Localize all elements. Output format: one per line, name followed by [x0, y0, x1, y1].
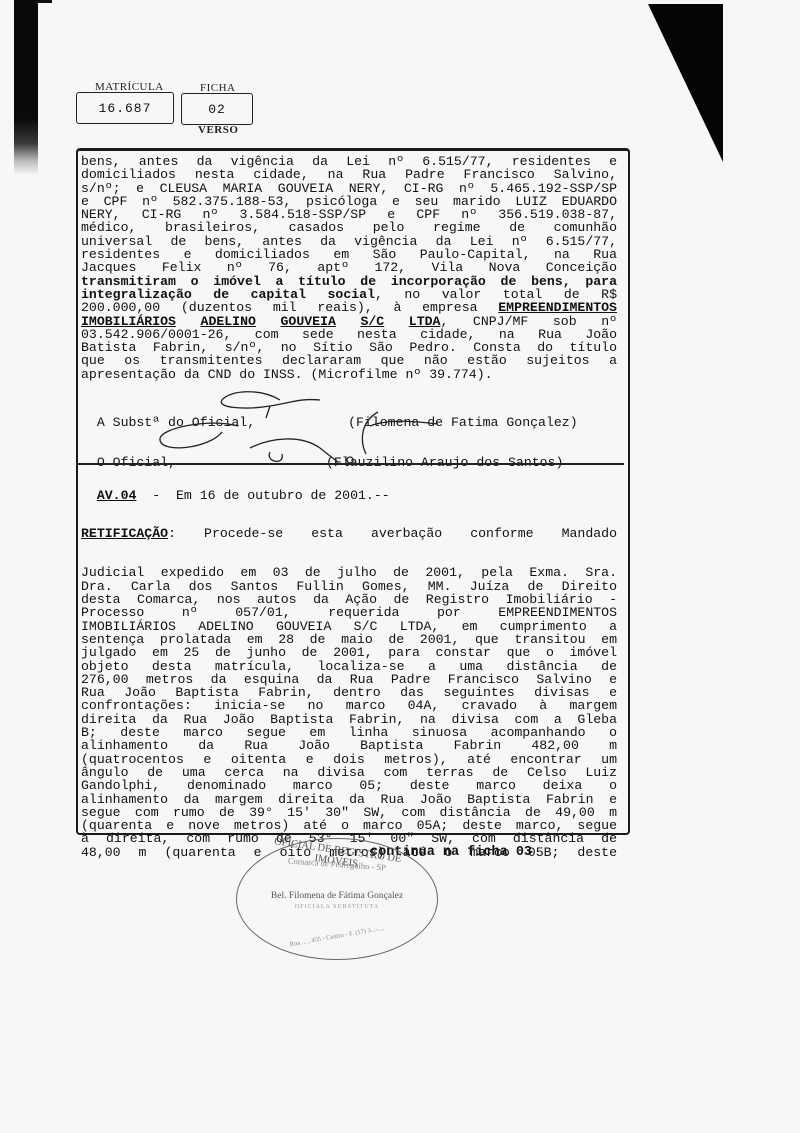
- scan-artifact-left-bar: [14, 0, 38, 175]
- section-divider: [78, 463, 624, 465]
- registro-line: universal de bens, antes da vigência da …: [81, 235, 617, 248]
- registry-stamp: OFICIAL DE REGISTRO DE IMÓVEIS Comarca d…: [236, 838, 438, 960]
- averbacao-line: IMOBILIÁRIOS ADELINO GOUVEIA S/C LTDA, e…: [81, 620, 617, 633]
- averbacao-line: (quatrocentos e oitenta e dois metros), …: [81, 753, 617, 766]
- averbacao-line: sentença prolatada em 28 de maio de 2001…: [81, 633, 617, 646]
- registro-line: bens, antes da vigência da Lei nº 6.515/…: [81, 155, 617, 168]
- averbacao-line: alinhamento da Rua João Baptista Fabrin …: [81, 739, 617, 752]
- averbacao-line: Gandolphi, denominado marco 05; deste ma…: [81, 779, 617, 792]
- registro-text: bens, antes da vigência da Lei nº 6.515/…: [81, 155, 617, 381]
- averbacao-line: ângulo de uma cerca na divisa com terras…: [81, 766, 617, 779]
- registro-line: domiciliados nesta cidade, na Rua Padre …: [81, 168, 617, 181]
- registro-line: transmitiram o imóvel a título de incorp…: [81, 275, 617, 288]
- averbacao-line: B; deste marco segue em linha sinuosa ac…: [81, 726, 617, 739]
- ficha-value: 02: [208, 102, 226, 117]
- registro-line: NERY, CI-RG nº 3.584.518-SSP/SP e CPF nº…: [81, 208, 617, 221]
- registro-line: e CPF nº 582.375.188-53, psicóloga e seu…: [81, 195, 617, 208]
- stamp-line-5: Rua ... , 455 - Centro - F. (17) 3...-..…: [248, 917, 426, 955]
- averbacao-line: alinhamento da margem direita da Rua Joã…: [81, 793, 617, 806]
- stamp-line-4: OFICIALA SUBSTITUTA: [267, 904, 407, 910]
- averbacao-line: direita da Rua João Baptista Fabrin, na …: [81, 713, 617, 726]
- registro-line: 200.000,00 (duzentos mil reais), à empre…: [81, 301, 617, 314]
- averbacao-line: Processo nº 057/01, requerida por EMPREE…: [81, 606, 617, 619]
- registro-line: residentes e domiciliados em São Paulo-C…: [81, 248, 617, 261]
- averbacao-line: confrontações: inicia-se no marco 04A, c…: [81, 699, 617, 712]
- registro-line: s/nº; e CLEUSA MARIA GOUVEIA NERY, CI-RG…: [81, 182, 617, 195]
- registro-line: integralização de capital social, no val…: [81, 288, 617, 301]
- averbacao-header: AV.04 - Em 16 de outubro de 2001.--: [81, 473, 390, 503]
- verso-label: VERSO: [198, 124, 238, 136]
- averbacao-line: 276,00 metros da esquina da Rua Padre Fr…: [81, 673, 617, 686]
- averbacao-line: desta Comarca, nos autos da Ação de Regi…: [81, 593, 617, 606]
- registro-line: 03.542.906/0001-26, com sede nesta cidad…: [81, 328, 617, 341]
- signature-scribble-oficial: [210, 408, 430, 468]
- registro-line: Jacques Felix nº 76, aptº 172, Vila Nova…: [81, 261, 617, 274]
- registro-line: que os transmitentes declararam que não …: [81, 354, 617, 367]
- averbacao-text: RETIFICAÇÃO: Procede-se esta averbação c…: [81, 500, 617, 872]
- registro-line: Batista Fabrin, s/nº, no Sítio São Pedro…: [81, 341, 617, 354]
- matricula-box: 16.687: [76, 92, 174, 124]
- stamp-line-3: Bel. Filomena de Fátima Gonçalez: [245, 891, 429, 901]
- registro-line: IMOBILIÁRIOS ADELINO GOUVEIA S/C LTDA, C…: [81, 315, 617, 328]
- averbacao-line: Dra. Carla dos Santos Fullin Gomes, MM. …: [81, 580, 617, 593]
- averbacao-title: RETIFICAÇÃO: [81, 526, 168, 541]
- averbacao-line: julgado em 25 de junho de 2001, para con…: [81, 646, 617, 659]
- averbacao-line: segue com rumo de 39° 15' 30" SW, com di…: [81, 806, 617, 819]
- averbacao-line: objeto desta matrícula, localiza-se a um…: [81, 660, 617, 673]
- averbacao-line: Rua João Baptista Fabrin, dentro das seg…: [81, 686, 617, 699]
- averbacao-first-line: RETIFICAÇÃO: Procede-se esta averbação c…: [81, 527, 617, 540]
- registro-line: apresentação da CND do INSS. (Microfilme…: [81, 368, 617, 381]
- matricula-value: 16.687: [99, 101, 152, 116]
- ficha-box: 02: [181, 93, 253, 125]
- scan-artifact-corner: [648, 4, 723, 162]
- averbacao-line: (quarenta e nove metros) até o marco 05A…: [81, 819, 617, 832]
- averbacao-line: Judicial expedido em 03 de julho de 2001…: [81, 566, 617, 579]
- registro-line: médico, brasileiros, casados pelo regime…: [81, 221, 617, 234]
